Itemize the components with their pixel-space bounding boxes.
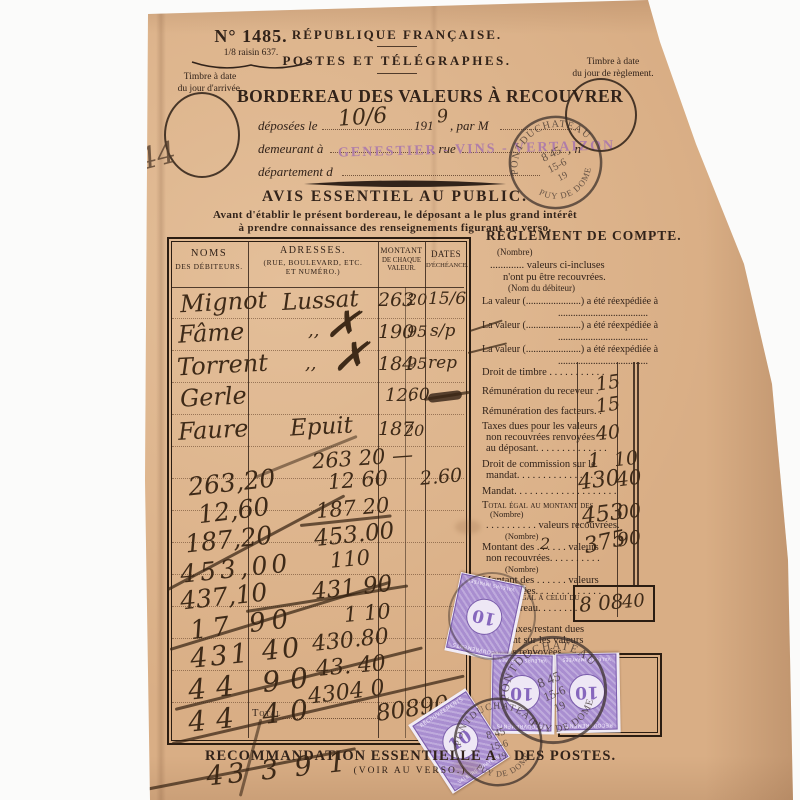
postmark-year: 19 bbox=[552, 699, 567, 714]
value-bordereau-fr: 8 08 bbox=[578, 591, 624, 615]
nombre-label: (Nombre) bbox=[505, 565, 539, 574]
reexpedie-dots: .................................... bbox=[558, 333, 648, 344]
debtor-name: Gerle bbox=[179, 383, 247, 410]
document-title: BORDEREAU DES VALEURS À RECOUVRER bbox=[237, 86, 587, 107]
republic-heading: RÉPUBLIQUE FRANÇAISE. bbox=[247, 27, 547, 43]
amount-centimes: 20 bbox=[404, 423, 424, 439]
decor: D'ÉCHÉANCE. bbox=[426, 262, 466, 269]
reexpedie-line: La valeur (......................) a été… bbox=[482, 321, 658, 332]
decor: DATES bbox=[426, 249, 466, 259]
remun-facteurs-label: Rémunération des facteurs. . bbox=[482, 406, 602, 417]
postmark-year: 19 bbox=[496, 750, 508, 762]
taxes-label-1: Taxes dues pour les valeurs bbox=[482, 421, 597, 432]
reexpedie-dots: .................................... bbox=[558, 357, 648, 368]
year-hw: 9 bbox=[436, 107, 449, 126]
par-label: , par M bbox=[450, 118, 489, 134]
deposited-label: déposées le bbox=[258, 118, 318, 134]
value-taxes: 40 bbox=[595, 423, 621, 444]
ditto-mark: ,, bbox=[305, 355, 316, 373]
reexpedie-dots: .................................... bbox=[558, 309, 648, 320]
debtor-name: Torrent bbox=[176, 351, 268, 380]
due-date: 15/6 bbox=[428, 291, 466, 308]
decor: ADRESSES. bbox=[250, 245, 376, 256]
col-header-addresses: ADRESSES. (RUE, BOULEVARD, ETC. ET NUMÉR… bbox=[250, 245, 376, 276]
incl-line1: ............. valeurs ci-incluses bbox=[490, 260, 605, 271]
notice-title: AVIS ESSENTIEL AU PUBLIC. bbox=[215, 188, 575, 206]
cross-mark: ✗ bbox=[332, 335, 369, 379]
amount-centimes: 95 bbox=[407, 324, 427, 340]
value-total-c: 00 bbox=[616, 502, 642, 524]
value-nonrec-c: 90 bbox=[616, 528, 643, 550]
rule-service bbox=[377, 73, 417, 74]
stain bbox=[455, 520, 481, 534]
decor: DE CHAQUE bbox=[379, 257, 424, 264]
deposited-date-hw: 10/6 bbox=[337, 105, 388, 130]
decor: Timbre à date bbox=[548, 57, 678, 69]
settlement-heading: RÈGLEMENT DE COMPTE. bbox=[486, 228, 682, 244]
department-label: département d bbox=[258, 164, 333, 180]
amount-centimes: 20 bbox=[407, 292, 427, 308]
pencil-note: 44 bbox=[135, 138, 179, 176]
value-receveur: 15 bbox=[595, 372, 622, 394]
decor: DES DÉBITEURS. bbox=[172, 262, 246, 271]
nom-debiteur-label: (Nom du débiteur) bbox=[508, 284, 575, 293]
incl-line2: n'ont pu être recouvrées. bbox=[503, 272, 606, 283]
decor: NOMS bbox=[172, 248, 246, 259]
taxes-label-2: non recouvrées renvoyées bbox=[486, 432, 595, 443]
decor: Montant des bbox=[482, 542, 534, 553]
calc-entry: 12 60 bbox=[327, 468, 388, 493]
value-count: 2 bbox=[540, 536, 550, 552]
decor: ET NUMÉRO.) bbox=[250, 267, 376, 276]
debtor-name: Mignot bbox=[179, 288, 267, 317]
due-date: rep bbox=[428, 355, 457, 372]
ditto-mark: ,, bbox=[308, 322, 319, 340]
commission-label-1: Droit de commission sur le bbox=[482, 459, 596, 470]
decor bbox=[156, 0, 166, 800]
calc-entry: 110 bbox=[329, 547, 371, 571]
col-header-amount: MONTANT DE CHAQUE VALEUR. bbox=[379, 246, 424, 272]
col-line-dates bbox=[425, 241, 426, 738]
droit-timbre-label: Droit de timbre . . . . . . . . . . . bbox=[482, 367, 604, 378]
value-mandat-c: 40 bbox=[615, 467, 643, 490]
decor bbox=[402, 181, 407, 186]
settlement-stamp-label: Timbre à date du jour de règlement. bbox=[548, 57, 678, 81]
document-sheet: N° 1485. 1/8 raisin 637. Timbre à date d… bbox=[0, 0, 800, 800]
amount-centimes: 95 bbox=[407, 356, 427, 372]
nombre-label: (Nombre) bbox=[490, 510, 524, 519]
due-date: s/p bbox=[430, 323, 455, 340]
non-recouvrees-label: non recouvrées. . . . . . . . . . bbox=[486, 553, 600, 564]
amount-centimes: 60 bbox=[408, 387, 430, 404]
calc-entry: 1 10 bbox=[343, 601, 391, 626]
year-printed: 191 bbox=[414, 118, 434, 134]
debtor-address: Epuit bbox=[289, 414, 353, 440]
reexpedie-line: La valeur (......................) a été… bbox=[482, 345, 658, 356]
nombre-label: (Nombre) bbox=[505, 532, 539, 541]
decor: du jour de règlement. bbox=[548, 69, 678, 81]
scan-background: N° 1485. 1/8 raisin 637. Timbre à date d… bbox=[0, 0, 800, 800]
service-heading: POSTES ET TÉLÉGRAPHES. bbox=[247, 53, 547, 69]
decor: (RUE, BOULEVARD, ETC. bbox=[250, 258, 376, 267]
stain bbox=[452, 760, 482, 776]
value-facteurs: 15 bbox=[595, 394, 622, 416]
nombre-label: (Nombre) bbox=[497, 248, 533, 257]
total-label: Total bbox=[252, 708, 282, 719]
total-leader bbox=[282, 718, 378, 719]
residing-label: demeurant à bbox=[258, 141, 323, 157]
debtor-name: Faure bbox=[177, 416, 249, 444]
reexpedie-line: La valeur (......................) a été… bbox=[482, 297, 658, 308]
col-header-dates: DATES D'ÉCHÉANCE. bbox=[426, 249, 466, 269]
rule-republic bbox=[377, 46, 417, 47]
decor: Timbre à date bbox=[150, 72, 270, 84]
notice-line1: Avant d'établir le présent bordereau, le… bbox=[185, 209, 605, 221]
row-line bbox=[172, 446, 464, 447]
recommendation-right: DES POSTES. bbox=[514, 748, 616, 765]
remun-receveur-label: Rémunération du receveur . bbox=[482, 386, 599, 397]
decor: MONTANT bbox=[379, 246, 424, 255]
decor: VALEUR. bbox=[379, 265, 424, 272]
calc-entry: 2.60 bbox=[419, 466, 463, 489]
col-header-names: NOMS DES DÉBITEURS. bbox=[172, 248, 246, 271]
debtor-name: Fâme bbox=[177, 319, 244, 346]
decor: . . . . . . bbox=[537, 575, 566, 586]
value-bordereau-c: 40 bbox=[621, 592, 645, 612]
